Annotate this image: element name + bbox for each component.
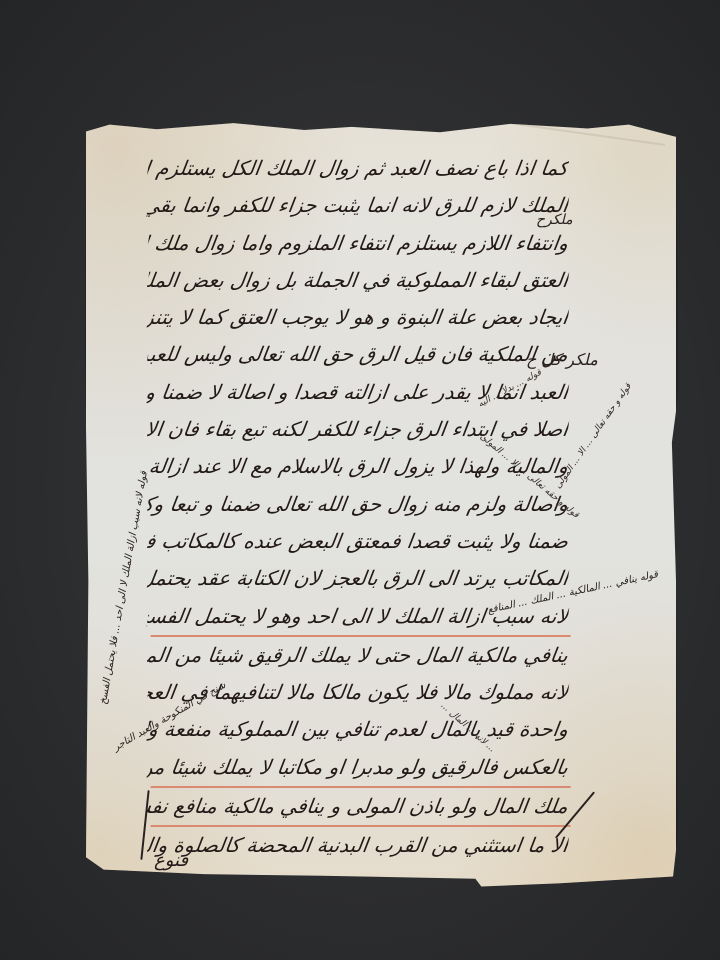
text-line: اصلا في ابتداء الرق جزاء للكفر لكنه تبع … <box>145 411 570 448</box>
marginal-note-left-vertical: قوله لانه سبب ازالة الملك لا الى احد ...… <box>96 470 153 706</box>
text-line: كما اذا باع نصف العبد ثم زوال الملك الكل… <box>145 150 570 187</box>
text-line: وانتفاء اللازم يستلزم انتفاء الملزوم وام… <box>145 225 570 262</box>
text-line: بالعكس فالرقيق ولو مدبرا او مكاتبا لا يم… <box>145 749 570 786</box>
text-line-rubricated: ملك المال ولو باذن المولى و ينافي مالكية… <box>145 786 571 825</box>
text-line: واحدة قيد بالمال لعدم تنافي بين المملوكي… <box>145 711 570 748</box>
catchword: فنوع <box>154 850 188 871</box>
marginal-note-right-top: ملكرح <box>536 212 573 228</box>
text-line: الملك لازم للرق لانه انما يثبت جزاء للكف… <box>145 187 570 224</box>
text-line: واصالة ولزم منه زوال حق الله تعالى ضمنا … <box>145 486 570 523</box>
text-line: ايجاد بعض علة البنوة و هو لا يوجب العتق … <box>145 299 570 336</box>
text-line: المكاتب يرتد الى الرق بالعجز لان الكتابة… <box>145 560 570 597</box>
text-line: العتق لبقاء المملوكية في الجملة بل زوال … <box>145 262 570 299</box>
marginal-note-right-middle: ملكر كل ح <box>526 350 598 369</box>
text-line: من الملكية فان قيل الرق حق الله تعالى ول… <box>145 336 570 373</box>
manuscript-page: كما اذا باع نصف العبد ثم زوال الملك الكل… <box>86 120 676 888</box>
text-line-rubricated: الا ما استثني من القرب البدنية المحضة كا… <box>145 825 571 864</box>
text-line-rubricated: ينافي مالكية المال حتى لا يملك الرقيق شي… <box>145 635 571 674</box>
main-text-block: كما اذا باع نصف العبد ثم زوال الملك الكل… <box>148 150 568 865</box>
text-line: ضمنا ولا يثبت قصدا فمعتق البعض عنده كالم… <box>145 523 570 560</box>
